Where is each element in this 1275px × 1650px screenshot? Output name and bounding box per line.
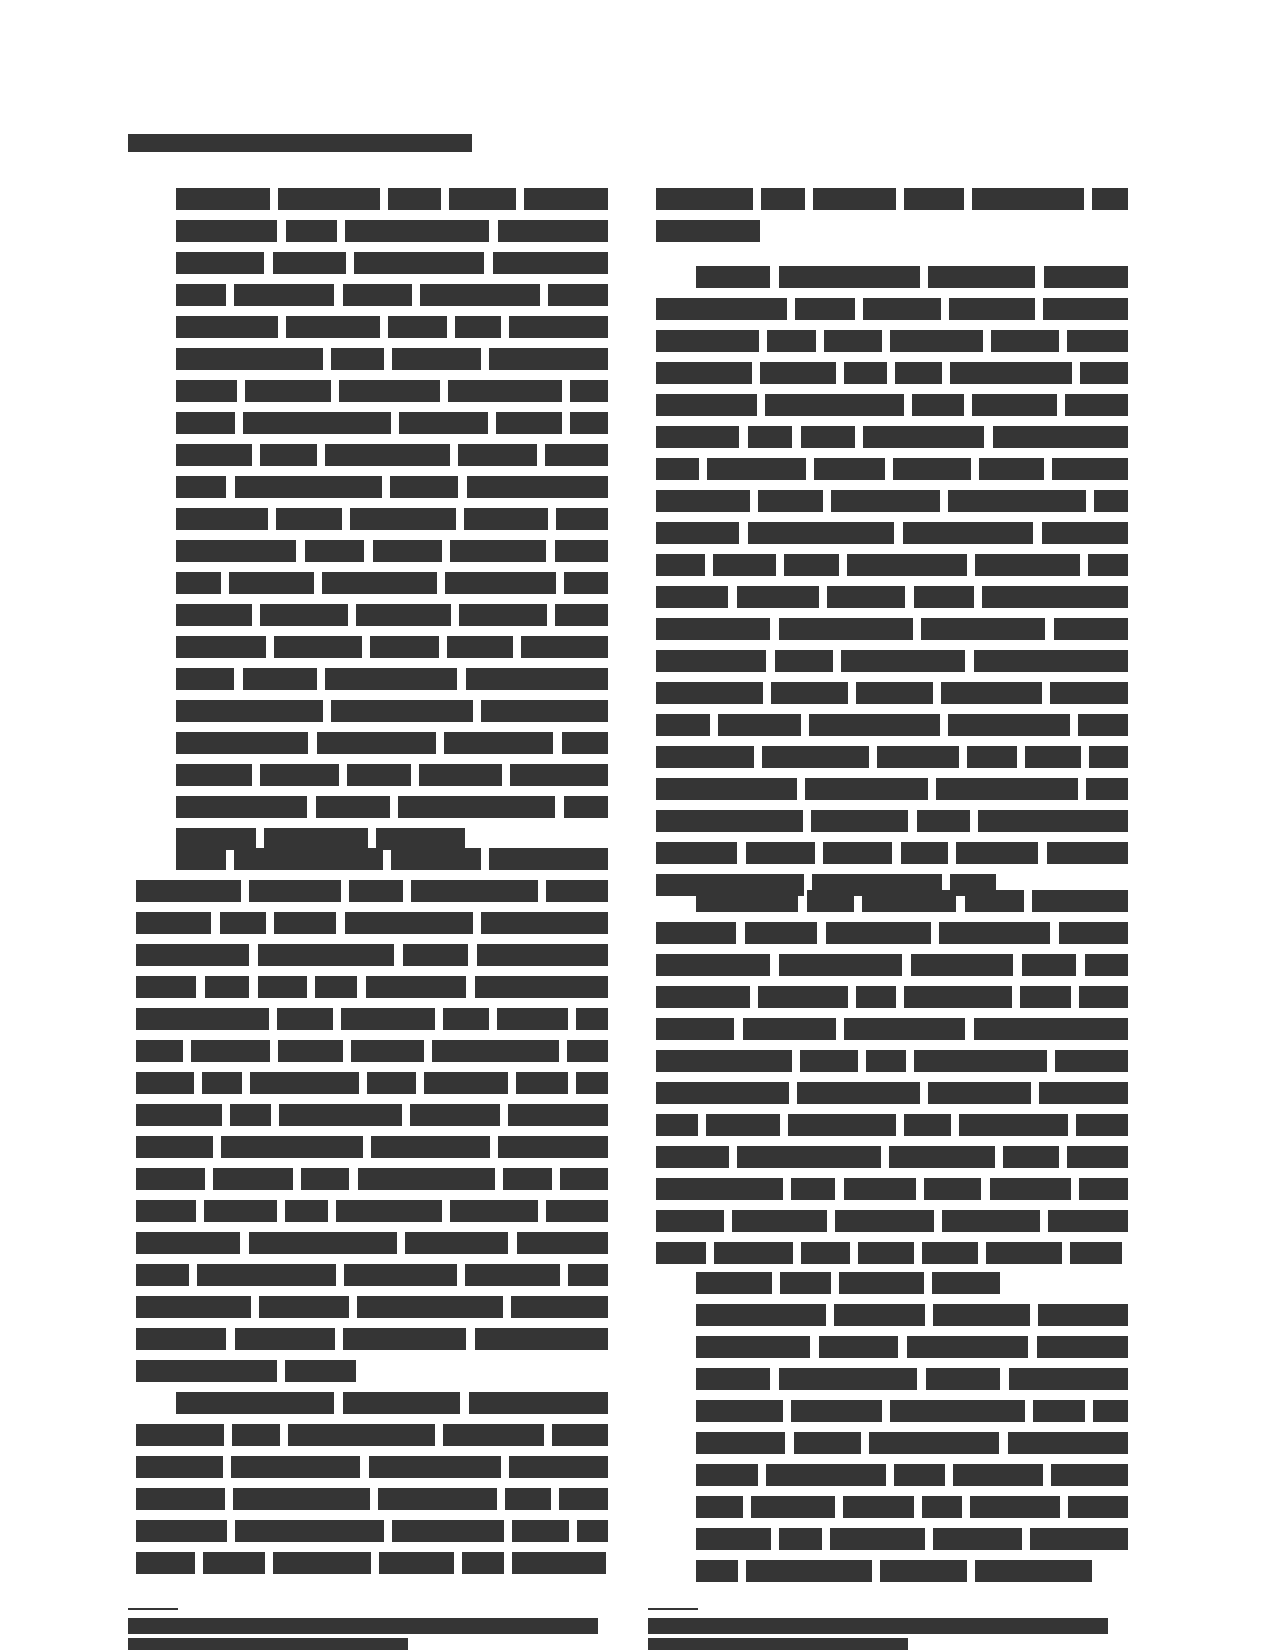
redacted-word [576, 1008, 608, 1030]
redacted-word [746, 842, 815, 864]
redacted-word [1048, 1210, 1128, 1232]
redacted-word [191, 1040, 270, 1062]
redacted-word [176, 700, 323, 722]
redacted-word [942, 1210, 1040, 1232]
redacted-word [465, 1264, 560, 1286]
redacted-word [176, 316, 278, 338]
redacted-word [843, 1496, 914, 1518]
redacted-word [351, 1040, 424, 1062]
redacted-text-line [176, 348, 608, 370]
redacted-word [477, 944, 608, 966]
redacted-word [512, 1552, 606, 1574]
redacted-text-line [176, 604, 608, 626]
redacted-word [570, 380, 608, 402]
redacted-text-line [176, 732, 608, 754]
redacted-word [366, 976, 466, 998]
redacted-text-line [656, 1242, 1128, 1264]
redacted-word [399, 412, 488, 434]
redacted-word [856, 986, 896, 1008]
redacted-word [1043, 298, 1128, 320]
redacted-word [788, 1114, 896, 1136]
redacted-word [1042, 522, 1128, 544]
redacted-word [932, 1272, 1000, 1294]
redacted-word [136, 1008, 269, 1030]
redacted-word [493, 252, 608, 274]
redacted-word [922, 1496, 962, 1518]
redacted-word [213, 1168, 293, 1190]
redacted-text-line [656, 650, 1128, 672]
redacted-word [1030, 1528, 1128, 1550]
redacted-word [349, 880, 403, 902]
redacted-word [229, 572, 314, 594]
redacted-word [510, 764, 608, 786]
redacted-text-line [656, 522, 1128, 544]
redacted-word [260, 604, 348, 626]
redacted-word [835, 1210, 934, 1232]
redacted-word [656, 188, 753, 210]
redacted-word [718, 714, 801, 736]
redacted-word [953, 1464, 1043, 1486]
redacted-word [410, 1104, 500, 1126]
redacted-word [398, 796, 555, 818]
redacted-word [136, 1104, 222, 1126]
redacted-word [136, 1040, 183, 1062]
redacted-word [978, 810, 1128, 832]
redacted-text-line [176, 284, 608, 306]
redacted-word [696, 1368, 770, 1390]
redacted-text-line [696, 1464, 1128, 1486]
redacted-word [390, 476, 458, 498]
redacted-word [656, 220, 760, 242]
redacted-word [552, 1424, 608, 1446]
redacted-word [970, 1496, 1060, 1518]
redacted-word [462, 1552, 504, 1574]
redacted-text-line [176, 380, 608, 402]
redacted-word [136, 912, 211, 934]
redacted-word [555, 540, 608, 562]
redacted-word [467, 476, 608, 498]
redacted-word [301, 1168, 349, 1190]
redacted-word [839, 1272, 924, 1294]
redacted-word [403, 944, 468, 966]
redacted-word [737, 1146, 881, 1168]
redacted-word [656, 362, 752, 384]
redacted-word [556, 508, 608, 530]
redacted-word [743, 1018, 836, 1040]
redacted-word [524, 188, 608, 210]
redacted-word [656, 842, 737, 864]
redacted-word [176, 796, 307, 818]
redacted-word [136, 1072, 194, 1094]
redacted-word [560, 1168, 608, 1190]
redacted-text-line [656, 842, 1128, 864]
redacted-word [176, 572, 221, 594]
redacted-word [1076, 1114, 1128, 1136]
redacted-word [286, 316, 380, 338]
redacted-word [656, 1082, 789, 1104]
redacted-text-line [176, 252, 608, 274]
redacted-word [928, 266, 1035, 288]
redacted-word [745, 922, 817, 944]
redacted-word [1003, 1146, 1059, 1168]
redacted-text-line [696, 1400, 1128, 1422]
redacted-word [656, 554, 705, 576]
redacted-text-line [136, 944, 608, 966]
redacted-word [1051, 1464, 1128, 1486]
redacted-text-line [656, 362, 1128, 384]
redacted-word [959, 1114, 1068, 1136]
redacted-word [1050, 682, 1128, 704]
redacted-word [391, 848, 481, 870]
redacted-word [974, 1018, 1128, 1040]
redacted-word [562, 732, 608, 754]
redacted-text-line [696, 1528, 1128, 1550]
redacted-word [568, 1264, 608, 1286]
redacted-word [801, 1242, 850, 1264]
redacted-word [696, 266, 770, 288]
redacted-word [512, 1520, 569, 1542]
redacted-word [696, 1560, 738, 1582]
redacted-word [567, 1040, 608, 1062]
redacted-word [936, 778, 1078, 800]
redacted-word [285, 1200, 328, 1222]
redacted-word [706, 1114, 780, 1136]
redacted-text-line [656, 586, 1128, 608]
redacted-word [933, 1304, 1030, 1326]
redacted-word [1059, 922, 1128, 944]
redacted-word [1067, 330, 1128, 352]
redacted-word [136, 1200, 196, 1222]
redacted-word [1068, 1496, 1128, 1518]
redacted-word [986, 1242, 1062, 1264]
redacted-word [1044, 266, 1128, 288]
redacted-text-line [656, 810, 1128, 832]
redacted-word [713, 554, 776, 576]
redacted-word [234, 848, 383, 870]
redacted-word [466, 668, 608, 690]
redacted-word [511, 1296, 608, 1318]
redacted-word [656, 394, 757, 416]
redacted-word [950, 362, 1072, 384]
redacted-word [1032, 890, 1128, 912]
redacted-text-line [176, 476, 608, 498]
redacted-word [331, 700, 473, 722]
redacted-word [176, 540, 296, 562]
redacted-text-line [696, 1304, 1128, 1326]
redacted-word [354, 252, 484, 274]
redacted-word [176, 668, 234, 690]
redacted-word [136, 1424, 224, 1446]
redacted-word [1085, 954, 1128, 976]
redacted-word [176, 380, 237, 402]
redacted-word [555, 604, 608, 626]
redacted-text-line [136, 1520, 608, 1542]
redacted-text-line [656, 1210, 1128, 1232]
redacted-word [260, 444, 317, 466]
redacted-word [941, 682, 1042, 704]
redacted-word [264, 828, 368, 850]
redacted-word [1038, 1304, 1128, 1326]
redacted-word [1008, 1432, 1128, 1454]
redacted-word [136, 1232, 240, 1254]
redacted-word [1078, 714, 1128, 736]
redacted-word [315, 976, 357, 998]
redacted-text-line [136, 1328, 608, 1350]
redacted-word [331, 348, 384, 370]
redacted-word [325, 668, 457, 690]
redacted-word [356, 604, 451, 626]
redacted-word [564, 796, 608, 818]
redacted-word [278, 1040, 343, 1062]
redacted-text-line [656, 618, 1128, 640]
redacted-word [432, 1040, 559, 1062]
redacted-word [656, 1146, 729, 1168]
redacted-word [176, 252, 264, 274]
redacted-word [656, 298, 787, 320]
redacted-word [830, 1528, 925, 1550]
redacted-word [230, 1104, 271, 1126]
redacted-word [508, 1104, 608, 1126]
redacted-word [766, 1464, 886, 1486]
redacted-word [809, 714, 940, 736]
redacted-word [975, 1560, 1092, 1582]
redacted-text-line [656, 220, 760, 242]
redacted-word [176, 220, 277, 242]
redacted-word [656, 330, 759, 352]
redacted-text-line [136, 1232, 608, 1254]
redacted-word [714, 1242, 793, 1264]
redacted-word [345, 912, 473, 934]
redacted-word [577, 1520, 608, 1542]
redacted-word [336, 1200, 442, 1222]
redacted-word [1080, 362, 1128, 384]
redacted-word [392, 348, 481, 370]
redacted-word [877, 746, 959, 768]
redacted-word [819, 1336, 898, 1358]
redacted-word [893, 458, 971, 480]
redacted-word [347, 764, 411, 786]
redacted-word [1033, 1400, 1085, 1422]
redacted-word [911, 954, 1013, 976]
redacted-word [696, 1464, 758, 1486]
redacted-word [316, 796, 390, 818]
redacted-word [732, 1210, 827, 1232]
redacted-word [775, 650, 833, 672]
redacted-word [343, 1328, 466, 1350]
redacted-word [831, 490, 940, 512]
redacted-word [827, 586, 905, 608]
redacted-word [343, 284, 412, 306]
redacted-word [343, 1392, 460, 1414]
redacted-word [176, 1392, 334, 1414]
redacted-word [370, 636, 439, 658]
redacted-word [862, 890, 956, 912]
redacted-word [136, 1360, 277, 1382]
redacted-word [889, 1146, 995, 1168]
redacted-word [176, 764, 252, 786]
redacted-word [411, 880, 538, 902]
redacted-text-line [136, 1296, 608, 1318]
redacted-word [503, 1168, 552, 1190]
redacted-word [922, 1242, 978, 1264]
redacted-word [285, 1360, 356, 1382]
redacted-word [784, 554, 839, 576]
redacted-text-line [136, 1456, 608, 1478]
redacted-word [924, 1178, 981, 1200]
redacted-word [834, 1304, 925, 1326]
redacted-word [771, 682, 848, 704]
redacted-word [761, 188, 805, 210]
redacted-word [458, 444, 537, 466]
redacted-word [656, 426, 739, 448]
redacted-word [656, 618, 770, 640]
redacted-word [498, 220, 608, 242]
redacted-word [258, 944, 394, 966]
redacted-word [656, 682, 763, 704]
redacted-word [231, 1456, 360, 1478]
redacted-word [249, 1232, 397, 1254]
redacted-word [841, 650, 965, 672]
redacted-text-line [656, 458, 1128, 480]
redacted-word [136, 1456, 223, 1478]
redacted-word [176, 732, 308, 754]
redacted-word [305, 540, 364, 562]
redacted-word [844, 1018, 965, 1040]
redacted-word [746, 1560, 872, 1582]
redacted-word [325, 444, 450, 466]
redacted-word [350, 508, 456, 530]
redacted-word [1055, 1050, 1128, 1072]
redacted-word [176, 636, 266, 658]
redacted-word [890, 1400, 1025, 1422]
redacted-word [926, 1368, 1000, 1390]
redacted-text-line [656, 298, 1128, 320]
redacted-word [176, 284, 226, 306]
redacted-word [205, 976, 249, 998]
redacted-text-line [176, 540, 608, 562]
redacted-text-line [176, 796, 608, 818]
redacted-text-line [136, 1072, 608, 1094]
redacted-text-line [656, 986, 1128, 1008]
redacted-word [967, 746, 1017, 768]
redacted-word [1009, 1368, 1128, 1390]
redacted-word [220, 912, 266, 934]
redacted-word [656, 1178, 783, 1200]
redacted-word [203, 1552, 265, 1574]
redacted-text-line [656, 954, 1128, 976]
redacted-word [273, 1552, 371, 1574]
redacted-word [990, 1178, 1071, 1200]
redacted-word [826, 922, 931, 944]
redacted-word [235, 1520, 384, 1542]
redacted-word [760, 362, 836, 384]
redacted-text-line [696, 1560, 1116, 1582]
redacted-text-line [136, 1488, 608, 1510]
redacted-word [273, 252, 346, 274]
redacted-word [176, 828, 256, 850]
redacted-text-line [176, 764, 608, 786]
redacted-word [914, 1050, 1047, 1072]
redacted-word [1020, 986, 1071, 1008]
redacted-text-line [136, 1040, 608, 1062]
redacted-word [444, 732, 553, 754]
redacted-word [576, 1072, 608, 1094]
redacted-text-line [136, 1104, 608, 1126]
footnote-text [648, 1618, 1108, 1634]
redacted-word [489, 848, 608, 870]
redacted-text-line [136, 976, 608, 998]
redacted-text-line [176, 572, 608, 594]
redacted-word [656, 746, 754, 768]
redacted-word [1067, 1146, 1128, 1168]
redacted-word [656, 1018, 734, 1040]
redacted-word [795, 298, 855, 320]
redacted-word [509, 316, 608, 338]
redacted-word [823, 842, 892, 864]
redacted-word [204, 1200, 277, 1222]
paper-page [0, 0, 1275, 1650]
redacted-text-line [656, 188, 1128, 210]
redacted-word [863, 426, 984, 448]
redacted-word [895, 362, 942, 384]
redacted-word [847, 554, 967, 576]
redacted-word [758, 490, 823, 512]
redacted-text-line [656, 778, 1128, 800]
redacted-word [455, 316, 501, 338]
redacted-word [901, 842, 948, 864]
redacted-text-line [656, 554, 1128, 576]
redacted-word [545, 444, 608, 466]
redacted-word [751, 1496, 835, 1518]
redacted-word [1092, 188, 1128, 210]
redacted-word [481, 700, 608, 722]
redacted-word [379, 1552, 454, 1574]
redacted-word [656, 922, 736, 944]
redacted-word [136, 1552, 195, 1574]
redacted-word [546, 880, 608, 902]
redacted-text-line [656, 394, 1128, 416]
redacted-word [791, 1178, 835, 1200]
redacted-word [965, 890, 1024, 912]
redacted-word [765, 394, 904, 416]
redacted-text-line [176, 444, 608, 466]
redacted-word [419, 764, 502, 786]
redacted-text-line [656, 426, 1128, 448]
redacted-word [656, 1114, 698, 1136]
redacted-word [373, 540, 442, 562]
redacted-word [979, 458, 1044, 480]
redacted-word [779, 1368, 917, 1390]
redacted-word [696, 1496, 743, 1518]
footnote-text [128, 1638, 408, 1650]
redacted-text-line [176, 668, 608, 690]
redacted-word [345, 220, 489, 242]
redacted-word [250, 1072, 359, 1094]
redacted-word [880, 1560, 967, 1582]
redacted-word [1093, 1400, 1128, 1422]
redacted-word [570, 412, 608, 434]
redacted-word [564, 572, 608, 594]
redacted-word [921, 618, 1045, 640]
redacted-word [914, 586, 974, 608]
redacted-word [1052, 458, 1128, 480]
redacted-word [136, 1168, 205, 1190]
redacted-word [243, 412, 391, 434]
redacted-word [496, 412, 562, 434]
redacted-word [928, 1082, 1031, 1104]
redacted-word [696, 1528, 771, 1550]
redacted-word [656, 458, 699, 480]
